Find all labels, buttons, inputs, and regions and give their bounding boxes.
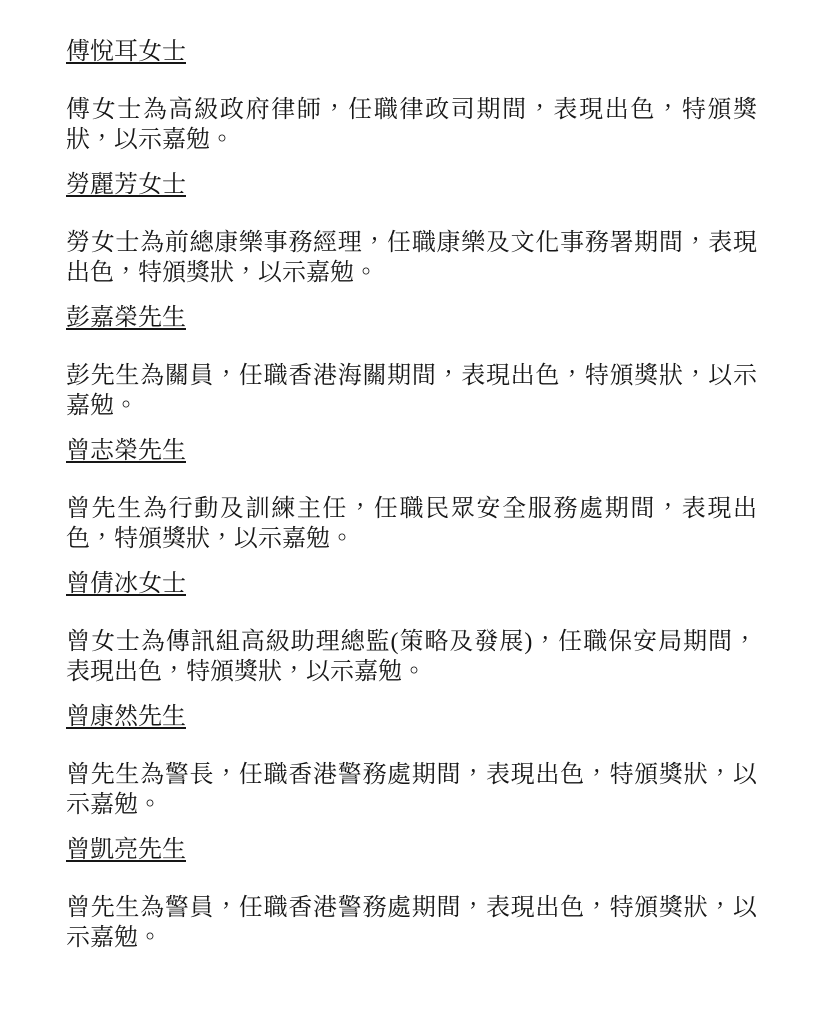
recipient-name-heading: 彭嘉榮先生: [66, 303, 757, 333]
citation-line: 勞女士為前總康樂事務經理，任職康樂及文化事務署期間，表現: [66, 228, 757, 258]
recipient-name-heading: 傅悅耳女士: [66, 37, 757, 67]
award-section: 曾志榮先生曾先生為行動及訓練主任，任職民眾安全服務處期間，表現出色，特頒獎狀，以…: [66, 436, 757, 554]
citation-paragraph: 傅女士為高級政府律師，任職律政司期間，表現出色，特頒獎狀，以示嘉勉。: [66, 95, 757, 155]
recipient-name-heading: 曾志榮先生: [66, 436, 757, 466]
citation-line: 彭先生為關員，任職香港海關期間，表現出色，特頒獎狀，以示: [66, 361, 757, 391]
award-section: 曾凱亮先生曾先生為警員，任職香港警務處期間，表現出色，特頒獎狀，以示嘉勉。: [66, 835, 757, 953]
citation-line: 表現出色，特頒獎狀，以示嘉勉。: [66, 657, 757, 687]
citation-line: 示嘉勉。: [66, 923, 757, 953]
citation-line: 出色，特頒獎狀，以示嘉勉。: [66, 258, 757, 288]
citation-paragraph: 彭先生為關員，任職香港海關期間，表現出色，特頒獎狀，以示嘉勉。: [66, 361, 757, 421]
recipient-name-heading: 勞麗芳女士: [66, 170, 757, 200]
citation-line: 傅女士為高級政府律師，任職律政司期間，表現出色，特頒獎: [66, 95, 757, 125]
recipient-name-heading: 曾倩冰女士: [66, 569, 757, 599]
document-page: 傅悅耳女士傅女士為高級政府律師，任職律政司期間，表現出色，特頒獎狀，以示嘉勉。勞…: [0, 0, 823, 953]
citation-line: 色，特頒獎狀，以示嘉勉。: [66, 524, 757, 554]
citation-paragraph: 曾先生為警員，任職香港警務處期間，表現出色，特頒獎狀，以示嘉勉。: [66, 893, 757, 953]
citation-paragraph: 曾先生為警長，任職香港警務處期間，表現出色，特頒獎狀，以示嘉勉。: [66, 760, 757, 820]
citation-line: 嘉勉。: [66, 391, 757, 421]
award-section: 曾康然先生曾先生為警長，任職香港警務處期間，表現出色，特頒獎狀，以示嘉勉。: [66, 702, 757, 820]
citation-line: 示嘉勉。: [66, 790, 757, 820]
award-section: 勞麗芳女士勞女士為前總康樂事務經理，任職康樂及文化事務署期間，表現出色，特頒獎狀…: [66, 170, 757, 288]
citation-paragraph: 曾女士為傳訊組高級助理總監(策略及發展)，任職保安局期間，表現出色，特頒獎狀，以…: [66, 627, 757, 687]
citation-line: 狀，以示嘉勉。: [66, 125, 757, 155]
citation-paragraph: 曾先生為行動及訓練主任，任職民眾安全服務處期間，表現出色，特頒獎狀，以示嘉勉。: [66, 494, 757, 554]
citation-paragraph: 勞女士為前總康樂事務經理，任職康樂及文化事務署期間，表現出色，特頒獎狀，以示嘉勉…: [66, 228, 757, 288]
citation-line: 曾先生為行動及訓練主任，任職民眾安全服務處期間，表現出: [66, 494, 757, 524]
recipient-name-heading: 曾康然先生: [66, 702, 757, 732]
award-section: 彭嘉榮先生彭先生為關員，任職香港海關期間，表現出色，特頒獎狀，以示嘉勉。: [66, 303, 757, 421]
award-section: 傅悅耳女士傅女士為高級政府律師，任職律政司期間，表現出色，特頒獎狀，以示嘉勉。: [66, 37, 757, 155]
page-background: { "page": { "background_color": "#ffffff…: [0, 0, 823, 1030]
award-section: 曾倩冰女士曾女士為傳訊組高級助理總監(策略及發展)，任職保安局期間，表現出色，特…: [66, 569, 757, 687]
citation-line: 曾先生為警員，任職香港警務處期間，表現出色，特頒獎狀，以: [66, 893, 757, 923]
citation-line: 曾女士為傳訊組高級助理總監(策略及發展)，任職保安局期間，: [66, 627, 757, 657]
citation-line: 曾先生為警長，任職香港警務處期間，表現出色，特頒獎狀，以: [66, 760, 757, 790]
recipient-name-heading: 曾凱亮先生: [66, 835, 757, 865]
